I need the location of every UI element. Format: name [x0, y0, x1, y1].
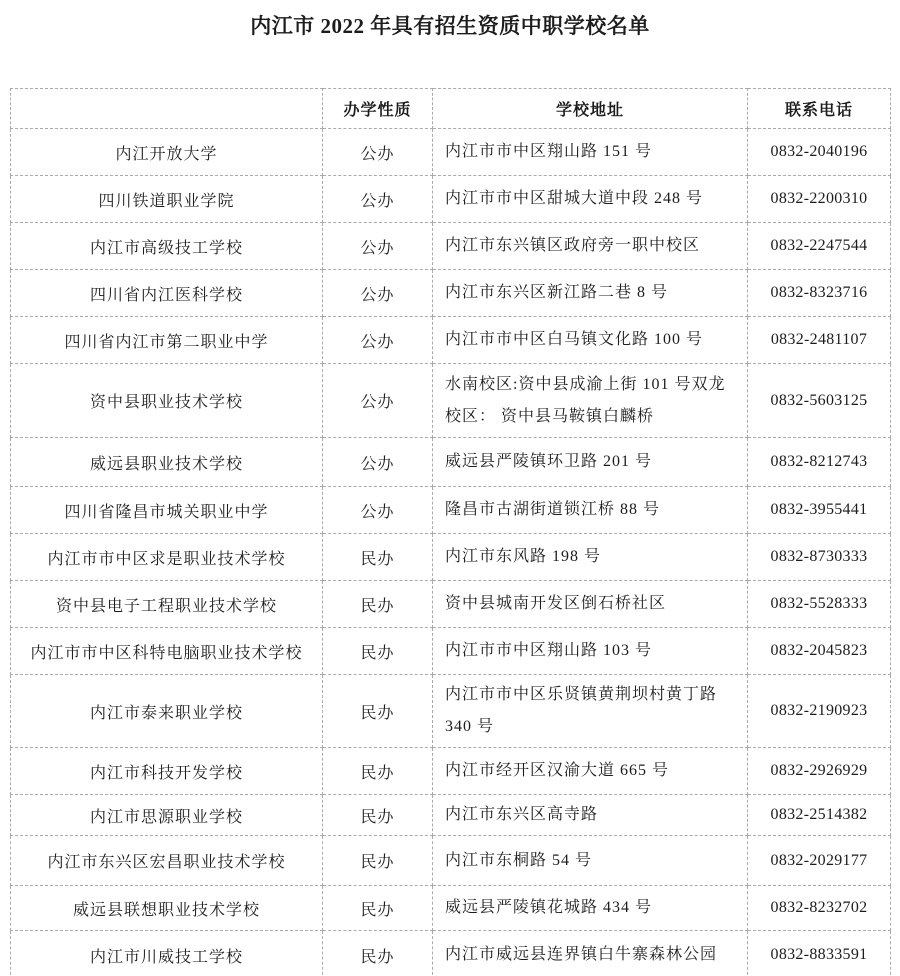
- school-phone-cell: 0832-2200310: [748, 176, 891, 223]
- table-row: 四川省内江医科学校公办内江市东兴区新江路二巷 8 号0832-8323716: [11, 270, 891, 317]
- school-address-cell: 内江市经开区汉渝大道 665 号: [433, 748, 748, 795]
- table-row: 资中县电子工程职业技术学校民办资中县城南开发区倒石桥社区0832-5528333: [11, 581, 891, 628]
- school-type-cell: 公办: [323, 438, 433, 487]
- page-title: 内江市 2022 年具有招生资质中职学校名单: [0, 13, 900, 40]
- school-name-cell: 四川省内江医科学校: [11, 270, 323, 317]
- header-school-address: 学校地址: [433, 89, 748, 129]
- school-address-cell: 威远县严陵镇环卫路 201 号: [433, 438, 748, 487]
- school-address-cell: 内江市市中区乐贤镇黄荆坝村黄丁路 340 号: [433, 675, 748, 748]
- school-address-cell: 内江市东风路 198 号: [433, 534, 748, 581]
- header-school-name: [11, 89, 323, 129]
- school-phone-cell: 0832-8730333: [748, 534, 891, 581]
- school-name-cell: 资中县电子工程职业技术学校: [11, 581, 323, 628]
- school-phone-cell: 0832-2514382: [748, 795, 891, 836]
- table-row: 威远县职业技术学校公办威远县严陵镇环卫路 201 号0832-8212743: [11, 438, 891, 487]
- school-type-cell: 民办: [323, 931, 433, 976]
- table-row: 内江市东兴区宏昌职业技术学校民办内江市东桐路 54 号0832-2029177: [11, 836, 891, 886]
- school-name-cell: 四川铁道职业学院: [11, 176, 323, 223]
- school-name-cell: 内江市东兴区宏昌职业技术学校: [11, 836, 323, 886]
- table-header: 办学性质 学校地址 联系电话: [11, 89, 891, 129]
- school-phone-cell: 0832-2029177: [748, 836, 891, 886]
- school-type-cell: 民办: [323, 534, 433, 581]
- table-row: 内江市思源职业学校民办内江市东兴区高寺路0832-2514382: [11, 795, 891, 836]
- header-school-phone: 联系电话: [748, 89, 891, 129]
- school-list-table: 办学性质 学校地址 联系电话 内江开放大学公办内江市市中区翔山路 151 号08…: [10, 88, 891, 976]
- school-address-cell: 内江市市中区翔山路 103 号: [433, 628, 748, 675]
- school-address-cell: 内江市市中区白马镇文化路 100 号: [433, 317, 748, 364]
- school-name-cell: 资中县职业技术学校: [11, 364, 323, 438]
- school-phone-cell: 0832-8232702: [748, 886, 891, 931]
- school-name-cell: 内江市科技开发学校: [11, 748, 323, 795]
- school-name-cell: 内江市泰来职业学校: [11, 675, 323, 748]
- school-address-cell: 内江市市中区甜城大道中段 248 号: [433, 176, 748, 223]
- school-type-cell: 民办: [323, 795, 433, 836]
- table-row: 内江市市中区求是职业技术学校民办内江市东风路 198 号0832-8730333: [11, 534, 891, 581]
- school-address-cell: 内江市东兴区新江路二巷 8 号: [433, 270, 748, 317]
- school-name-cell: 内江开放大学: [11, 129, 323, 176]
- table-row: 威远县联想职业技术学校民办威远县严陵镇花城路 434 号0832-8232702: [11, 886, 891, 931]
- table-row: 四川省隆昌市城关职业中学公办隆昌市古湖街道锁江桥 88 号0832-395544…: [11, 487, 891, 534]
- school-type-cell: 公办: [323, 317, 433, 364]
- school-name-cell: 内江市川威技工学校: [11, 931, 323, 976]
- school-address-cell: 内江市东桐路 54 号: [433, 836, 748, 886]
- table-row: 内江市市中区科特电脑职业技术学校民办内江市市中区翔山路 103 号0832-20…: [11, 628, 891, 675]
- school-phone-cell: 0832-8323716: [748, 270, 891, 317]
- table-body: 内江开放大学公办内江市市中区翔山路 151 号0832-2040196四川铁道职…: [11, 129, 891, 976]
- table-row: 内江市科技开发学校民办内江市经开区汉渝大道 665 号0832-2926929: [11, 748, 891, 795]
- school-type-cell: 民办: [323, 628, 433, 675]
- school-type-cell: 公办: [323, 129, 433, 176]
- school-type-cell: 公办: [323, 176, 433, 223]
- table-row: 四川省内江市第二职业中学公办内江市市中区白马镇文化路 100 号0832-248…: [11, 317, 891, 364]
- school-phone-cell: 0832-8212743: [748, 438, 891, 487]
- header-school-type: 办学性质: [323, 89, 433, 129]
- school-type-cell: 民办: [323, 886, 433, 931]
- school-phone-cell: 0832-5528333: [748, 581, 891, 628]
- school-address-cell: 内江市东兴镇区政府旁一职中校区: [433, 223, 748, 270]
- school-phone-cell: 0832-2045823: [748, 628, 891, 675]
- school-name-cell: 威远县职业技术学校: [11, 438, 323, 487]
- school-address-cell: 威远县严陵镇花城路 434 号: [433, 886, 748, 931]
- school-type-cell: 公办: [323, 270, 433, 317]
- school-type-cell: 公办: [323, 487, 433, 534]
- school-address-cell: 内江市东兴区高寺路: [433, 795, 748, 836]
- school-name-cell: 内江市市中区科特电脑职业技术学校: [11, 628, 323, 675]
- school-name-cell: 内江市高级技工学校: [11, 223, 323, 270]
- table-row: 内江开放大学公办内江市市中区翔山路 151 号0832-2040196: [11, 129, 891, 176]
- document-page: 内江市 2022 年具有招生资质中职学校名单 办学性质 学校地址 联系电话 内江…: [0, 0, 900, 976]
- table-row: 资中县职业技术学校公办水南校区:资中县成渝上街 101 号双龙校区： 资中县马鞍…: [11, 364, 891, 438]
- school-phone-cell: 0832-2481107: [748, 317, 891, 364]
- school-name-cell: 内江市市中区求是职业技术学校: [11, 534, 323, 581]
- school-name-cell: 威远县联想职业技术学校: [11, 886, 323, 931]
- school-type-cell: 民办: [323, 836, 433, 886]
- table-row: 四川铁道职业学院公办内江市市中区甜城大道中段 248 号0832-2200310: [11, 176, 891, 223]
- school-name-cell: 内江市思源职业学校: [11, 795, 323, 836]
- school-address-cell: 隆昌市古湖街道锁江桥 88 号: [433, 487, 748, 534]
- school-phone-cell: 0832-3955441: [748, 487, 891, 534]
- school-phone-cell: 0832-2247544: [748, 223, 891, 270]
- school-address-cell: 内江市市中区翔山路 151 号: [433, 129, 748, 176]
- school-phone-cell: 0832-8833591: [748, 931, 891, 976]
- school-name-cell: 四川省隆昌市城关职业中学: [11, 487, 323, 534]
- table-header-row: 办学性质 学校地址 联系电话: [11, 89, 891, 129]
- school-phone-cell: 0832-2926929: [748, 748, 891, 795]
- school-address-cell: 内江市威远县连界镇白牛寨森林公园: [433, 931, 748, 976]
- school-type-cell: 民办: [323, 581, 433, 628]
- school-phone-cell: 0832-2190923: [748, 675, 891, 748]
- school-address-cell: 资中县城南开发区倒石桥社区: [433, 581, 748, 628]
- school-name-cell: 四川省内江市第二职业中学: [11, 317, 323, 364]
- school-type-cell: 民办: [323, 748, 433, 795]
- school-address-cell: 水南校区:资中县成渝上街 101 号双龙校区： 资中县马鞍镇白麟桥: [433, 364, 748, 438]
- table-row: 内江市高级技工学校公办内江市东兴镇区政府旁一职中校区0832-2247544: [11, 223, 891, 270]
- school-phone-cell: 0832-2040196: [748, 129, 891, 176]
- school-type-cell: 民办: [323, 675, 433, 748]
- table-row: 内江市泰来职业学校民办内江市市中区乐贤镇黄荆坝村黄丁路 340 号0832-21…: [11, 675, 891, 748]
- school-phone-cell: 0832-5603125: [748, 364, 891, 438]
- table-row: 内江市川威技工学校民办内江市威远县连界镇白牛寨森林公园0832-8833591: [11, 931, 891, 976]
- school-type-cell: 公办: [323, 364, 433, 438]
- school-type-cell: 公办: [323, 223, 433, 270]
